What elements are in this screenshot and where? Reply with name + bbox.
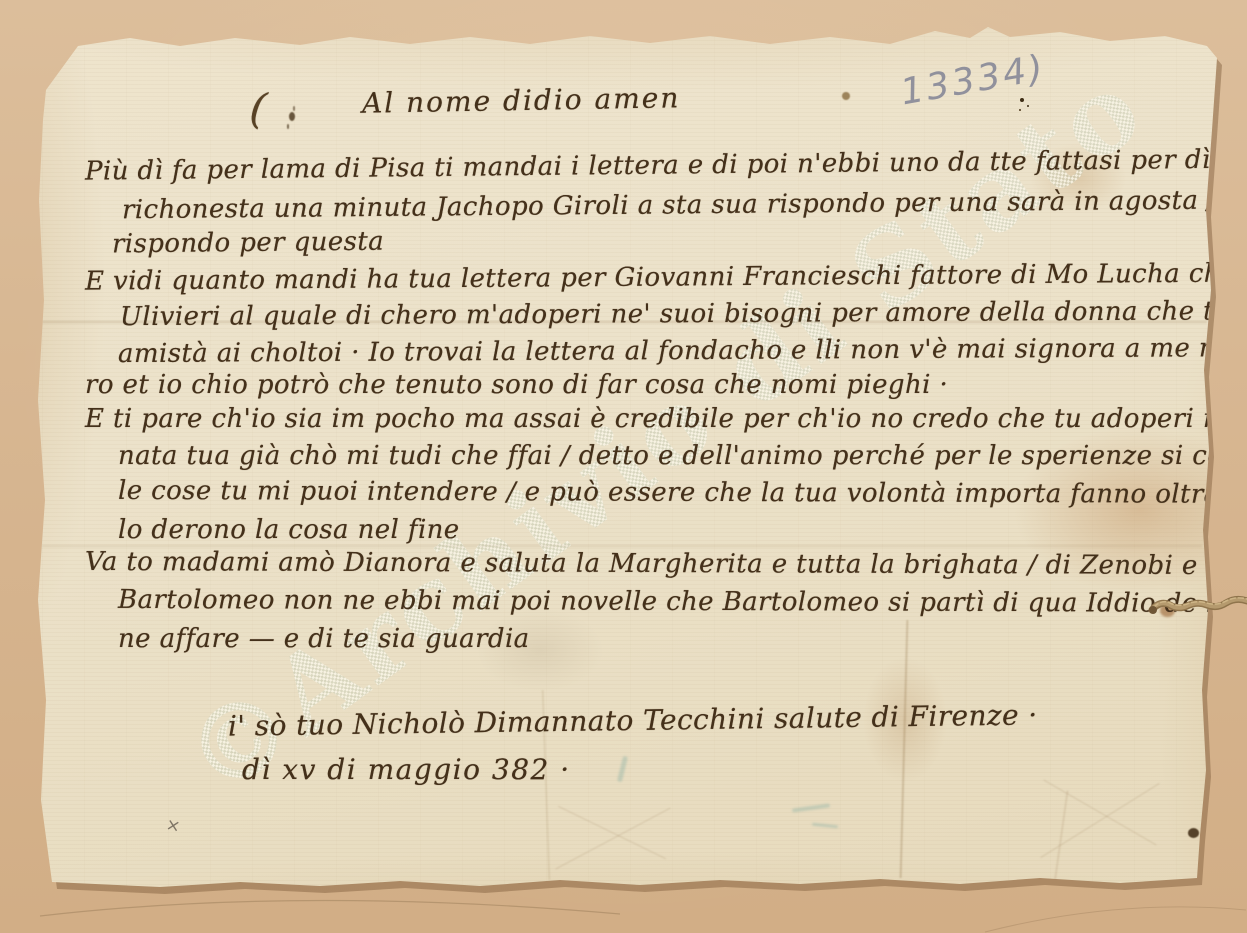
pencil-check-mark: × — [164, 815, 182, 838]
letter-line: E ti pare ch'io sia im pocho ma assai è … — [85, 404, 1247, 434]
letter-line: Va to madami amò Dianora e saluta la Mar… — [85, 547, 1232, 581]
backdrop-scratch — [985, 907, 1246, 932]
letter-line: richonesta una minuta Jachopo Giroli a s… — [122, 185, 1247, 225]
letter-line: Bartolomeo non ne ebbi mai poi novelle c… — [118, 585, 1247, 619]
letter-line: ro et io chio potrò che tenuto sono di f… — [85, 370, 948, 400]
manuscript-paper: ©Archivio di Stato 13334) × ( Al nome di… — [0, 0, 1247, 933]
ink-blot — [1188, 828, 1199, 838]
letter-line: le cose tu mi puoi intendere / e può ess… — [118, 476, 1247, 510]
backdrop-scratch — [40, 900, 620, 916]
ink-blot — [842, 92, 850, 100]
ink-speck-cluster — [1020, 98, 1024, 102]
fold-crease — [558, 806, 666, 860]
letter-line: lo derono la cosa nel fine — [118, 515, 460, 545]
letter-heading: Al nome didio amen — [362, 81, 681, 120]
letter-line: E vidi quanto mandi ha tua lettera per G… — [85, 257, 1247, 296]
fold-crease — [555, 808, 670, 870]
date-line: dì xv di maggio 382 · — [242, 753, 571, 786]
opening-paren-mark: ( — [247, 83, 269, 133]
photo-backdrop: ©Archivio di Stato 13334) × ( Al nome di… — [0, 0, 1247, 933]
fold-crease — [900, 620, 909, 878]
fold-crease — [1053, 790, 1068, 884]
letter-line: nata tua già chò mi tudi che ffai / dett… — [118, 441, 1247, 471]
letter-line: ne affare — e di te sia guardia — [118, 624, 530, 654]
ink-showthrough — [617, 756, 628, 782]
ink-showthrough — [792, 803, 830, 812]
letter-line: amistà ai choltoi · Io trovai la lettera… — [118, 333, 1247, 369]
ink-blot — [289, 112, 295, 121]
letter-line: Ulivieri al quale di chero m'adoperi ne'… — [120, 296, 1247, 332]
ink-showthrough — [812, 823, 838, 829]
letter-line: rispondo per questa — [112, 227, 384, 260]
